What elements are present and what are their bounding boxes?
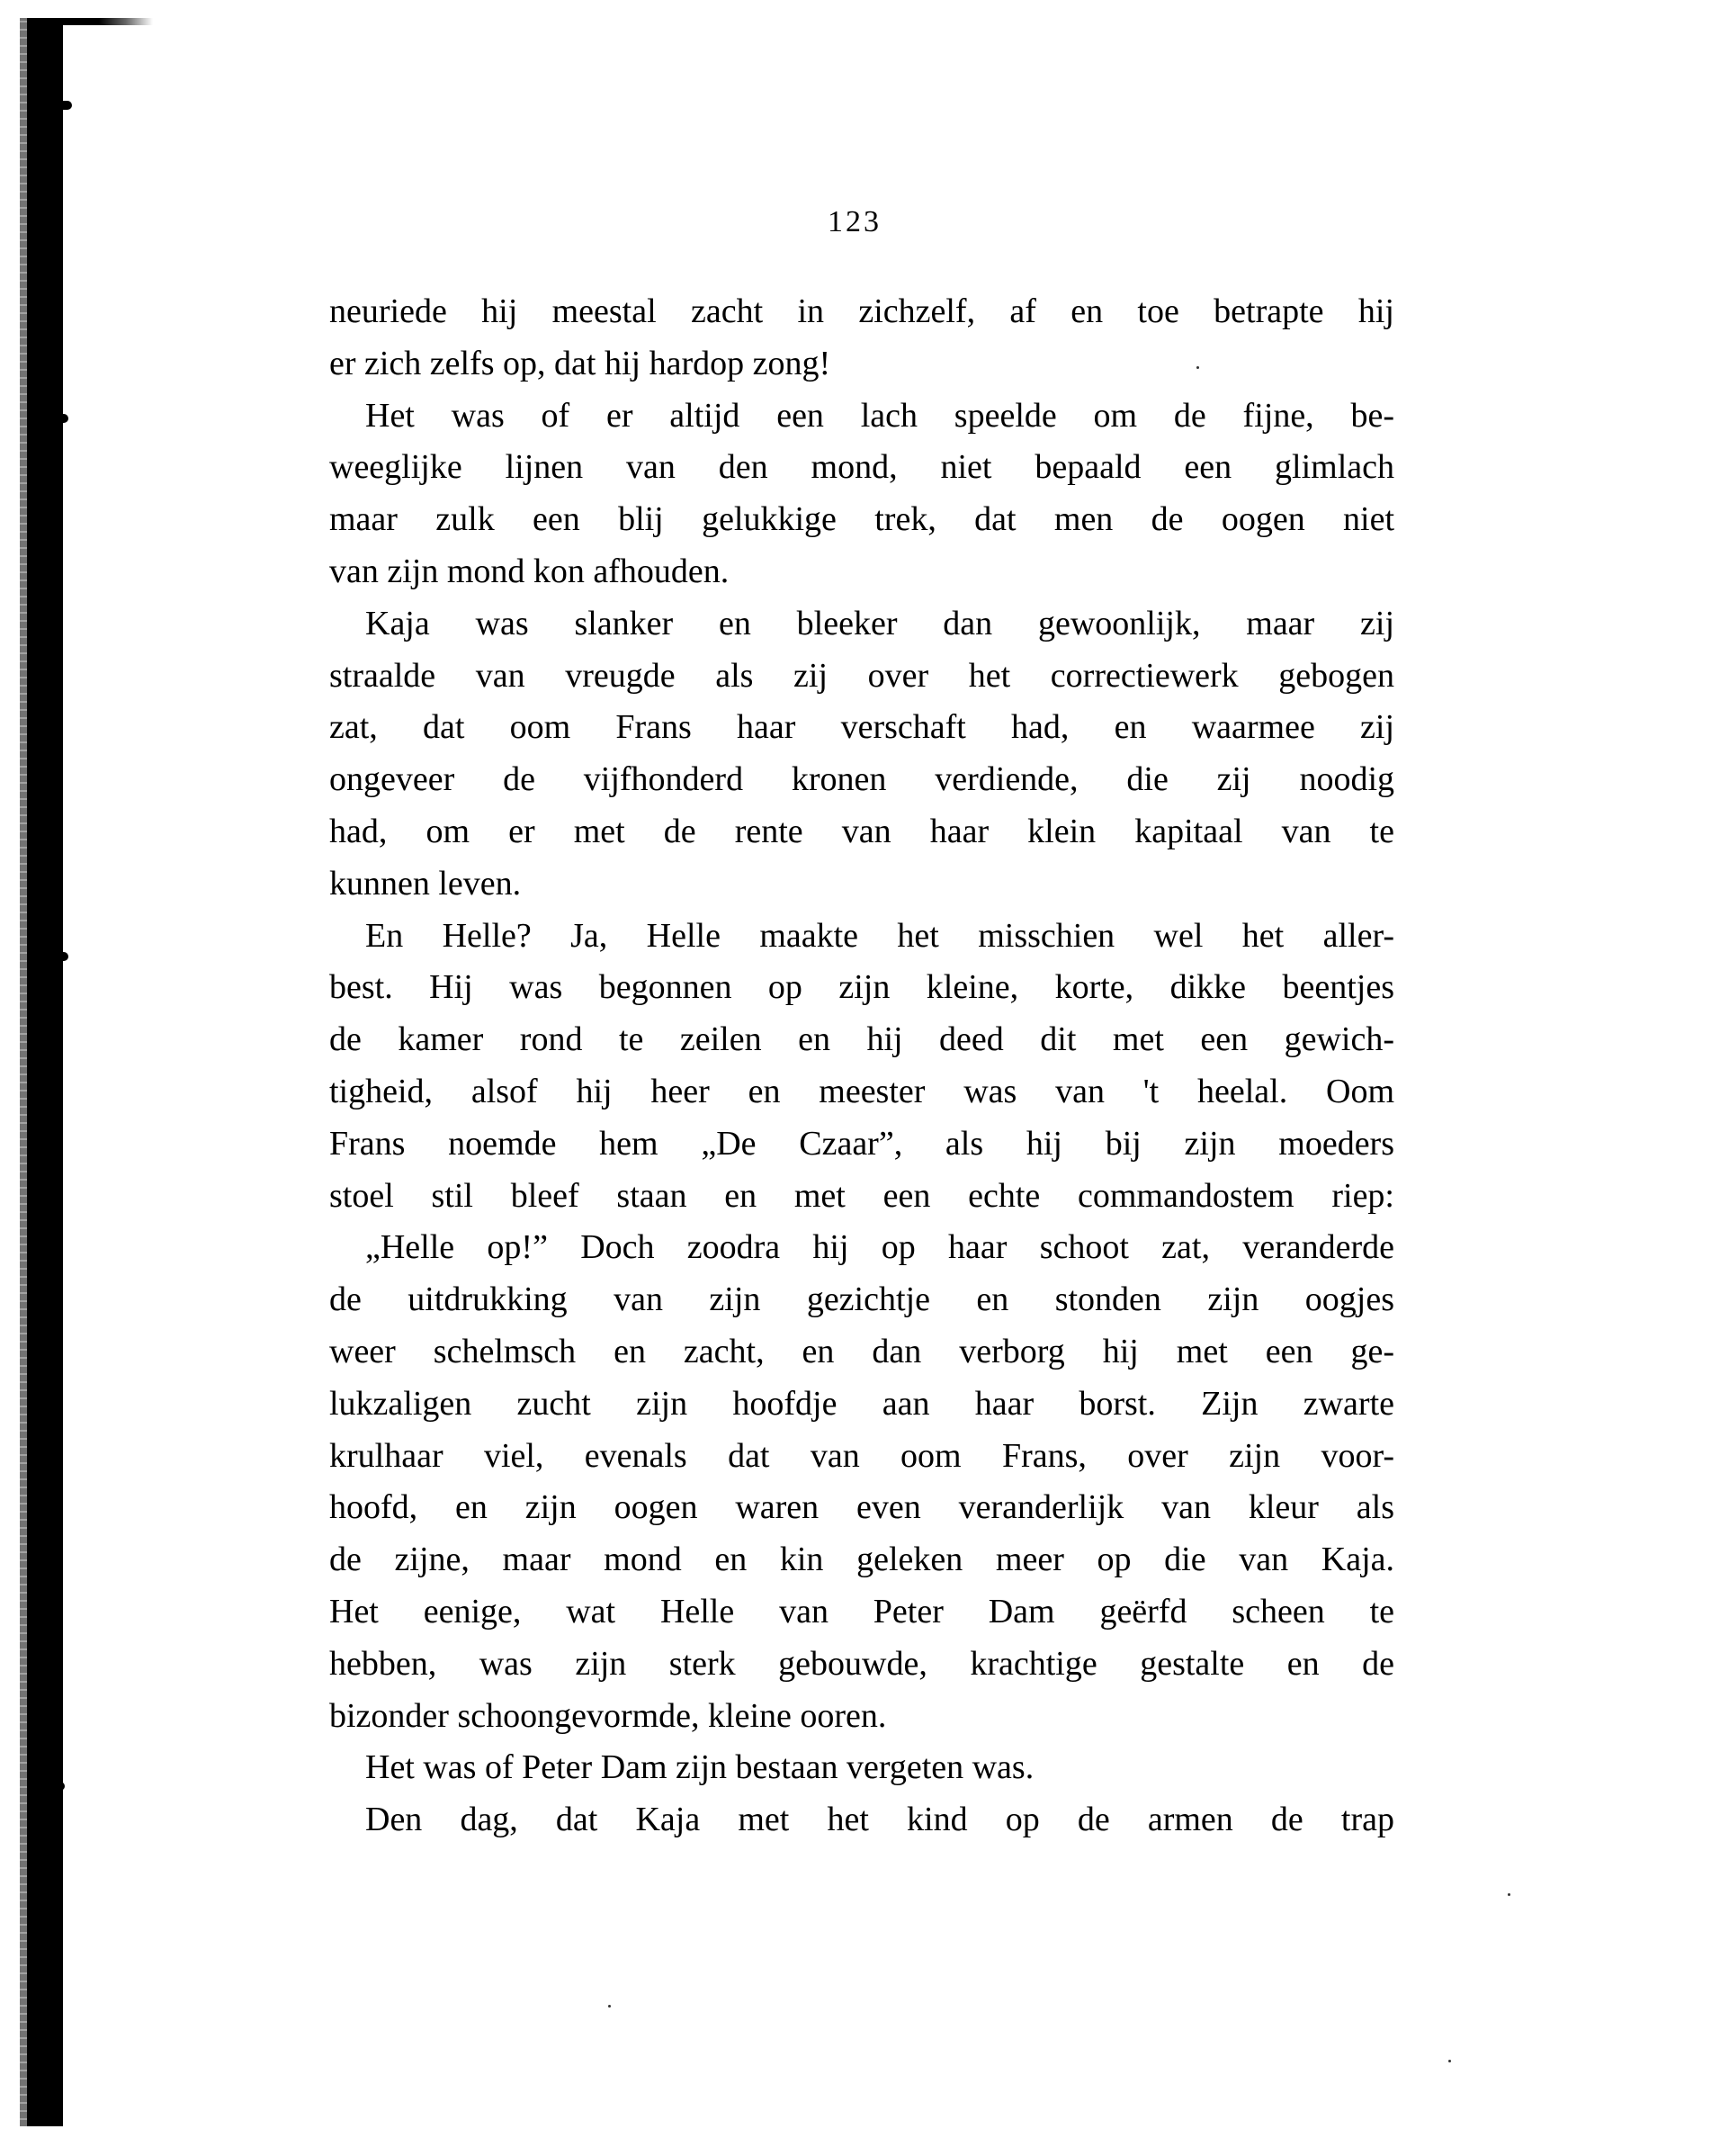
scan-speck — [1448, 2060, 1451, 2062]
paragraph-start-line: Kaja was slanker en bleeker dan gewoonli… — [329, 598, 1394, 651]
text-line: zat, dat oom Frans haar verschaft had, e… — [329, 702, 1394, 754]
binding-notch — [54, 1782, 65, 1791]
text-line: stoel stil bleef staan en met een echte … — [329, 1171, 1394, 1223]
paragraph-start-line: En Helle? Ja, Helle maakte het misschien… — [329, 911, 1394, 963]
text-line: krulhaar viel, evenals dat van oom Frans… — [329, 1431, 1394, 1483]
text-line: van zijn mond kon afhouden. — [329, 546, 1394, 598]
book-binding-shadow — [27, 18, 63, 2126]
text-line: maar zulk een blij gelukkige trek, dat m… — [329, 494, 1394, 546]
text-line: straalde van vreugde als zij over het co… — [329, 651, 1394, 703]
text-line: weeglijke lijnen van den mond, niet bepa… — [329, 442, 1394, 494]
text-line: bizonder schoongevormde, kleine ooren. — [329, 1691, 1394, 1743]
text-line: de kamer rond te zeilen en hij deed dit … — [329, 1014, 1394, 1066]
text-line: kunnen leven. — [329, 858, 1394, 911]
book-binding-top-edge — [63, 18, 153, 25]
text-line: hebben, was zijn sterk gebouwde, krachti… — [329, 1639, 1394, 1691]
text-line: neuriede hij meestal zacht in zichzelf, … — [329, 286, 1394, 338]
binding-notch — [58, 952, 68, 961]
text-line: ongeveer de vijfhonderd kronen verdiende… — [329, 754, 1394, 806]
binding-notch — [58, 414, 68, 423]
text-line: Het eenige, wat Helle van Peter Dam geër… — [329, 1586, 1394, 1639]
scan-speck — [608, 2005, 611, 2008]
text-line: de zijne, maar mond en kin geleken meer … — [329, 1534, 1394, 1586]
text-line: lukzaligen zucht zijn hoofdje aan haar b… — [329, 1379, 1394, 1431]
text-line: tigheid, alsof hij heer en meester was v… — [329, 1066, 1394, 1118]
body-text: neuriede hij meestal zacht in zichzelf, … — [329, 286, 1394, 1846]
paragraph-start-line: Den dag, dat Kaja met het kind op de arm… — [329, 1794, 1394, 1846]
paragraph-start-line: Het was of er altijd een lach speelde om… — [329, 391, 1394, 443]
text-line: best. Hij was begonnen op zijn kleine, k… — [329, 962, 1394, 1014]
paragraph-start-line: „Helle op!” Doch zoodra hij op haar scho… — [329, 1222, 1394, 1274]
page-number: 123 — [814, 205, 895, 239]
text-line: Frans noemde hem „De Czaar”, als hij bij… — [329, 1118, 1394, 1171]
text-line: er zich zelfs op, dat hij hardop zong! — [329, 338, 1394, 391]
paragraph-start-line: Het was of Peter Dam zijn bestaan verget… — [329, 1742, 1394, 1794]
text-line: weer schelmsch en zacht, en dan verborg … — [329, 1326, 1394, 1379]
text-line: had, om er met de rente van haar klein k… — [329, 806, 1394, 858]
scan-speck — [1508, 1893, 1510, 1896]
binding-notch — [50, 2077, 61, 2086]
text-line: hoofd, en zijn oogen waren even verander… — [329, 1482, 1394, 1534]
text-line: de uitdrukking van zijn gezichtje en sto… — [329, 1274, 1394, 1326]
binding-notch — [61, 101, 72, 110]
